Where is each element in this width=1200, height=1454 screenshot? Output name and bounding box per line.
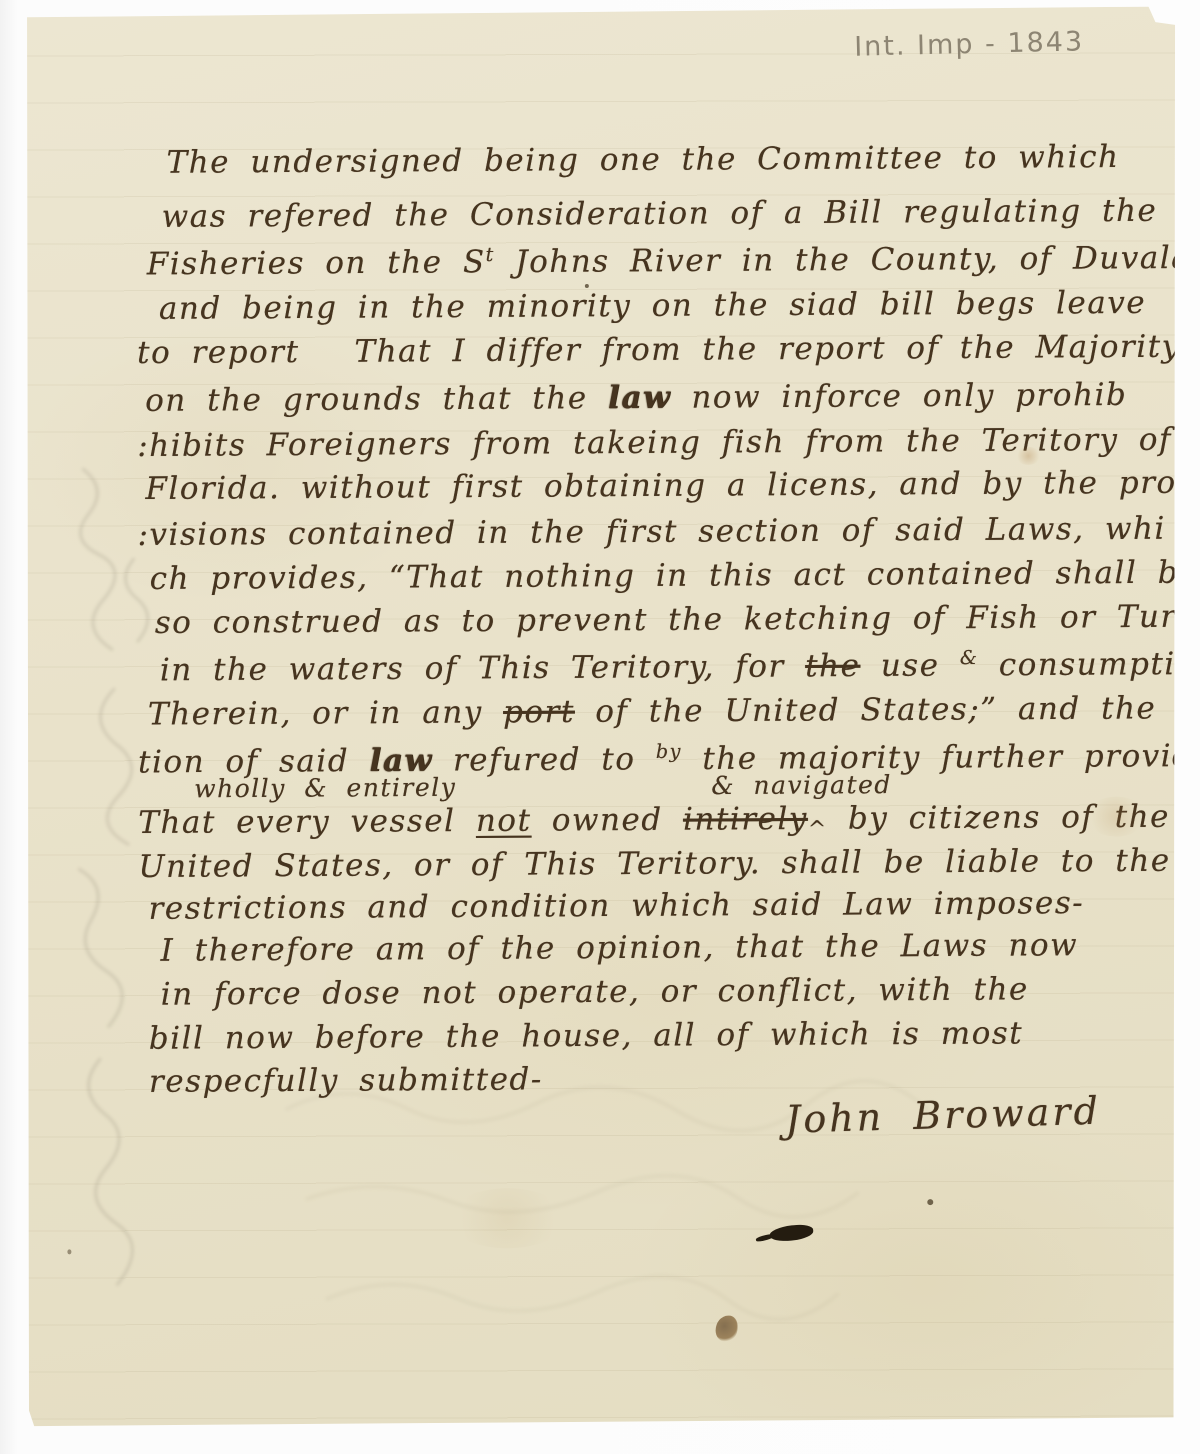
text-segment: That every vessel bbox=[138, 803, 476, 841]
text-segment: by bbox=[656, 740, 682, 763]
spacing bbox=[456, 794, 711, 796]
ink-speck bbox=[585, 284, 589, 288]
text-segment: on the grounds that the bbox=[145, 380, 608, 419]
text-segment: Therein, or in any bbox=[148, 694, 503, 732]
text-segment: ch provides, “That nothing in this act c… bbox=[150, 555, 1199, 597]
text-segment: in the waters of This Teritory, for bbox=[160, 648, 805, 688]
manuscript-line: That every vessel not owned intirely^ by… bbox=[138, 799, 1170, 846]
text-segment: to report bbox=[137, 334, 300, 371]
text-segment: :hibits Foreigners from takeing fish fro… bbox=[137, 422, 1172, 464]
ink-speck bbox=[927, 1199, 933, 1205]
text-segment: & navigated bbox=[711, 770, 892, 800]
manuscript-line: in the waters of This Teritory, for the … bbox=[160, 645, 1200, 689]
text-segment: & bbox=[960, 646, 979, 669]
text-segment: consumption bbox=[978, 646, 1200, 683]
text-segment: I therefore am of the opinion, that the … bbox=[161, 927, 1079, 969]
manuscript-line: ch provides, “That nothing in this act c… bbox=[150, 555, 1199, 597]
ink-blot bbox=[769, 1223, 814, 1243]
manuscript-line: restrictions and condition which said La… bbox=[148, 885, 1084, 927]
text-segment: ^ bbox=[808, 817, 828, 842]
text-segment: That I differ from the report of the Maj… bbox=[354, 329, 1188, 370]
manuscript-line: on the grounds that the law now inforce … bbox=[145, 377, 1127, 419]
text-segment: of the United States;” and the 5 bbox=[575, 690, 1198, 730]
text-segment: United States, or of This Teritory. shal… bbox=[138, 843, 1170, 885]
manuscript-page: Int. Imp - 1843 The undersigned being on… bbox=[24, 6, 1180, 1427]
text-segment: not bbox=[476, 803, 532, 839]
letter-body: The undersigned being one the Committee … bbox=[24, 6, 1176, 9]
text-segment: by citizens of the bbox=[827, 799, 1170, 837]
text-segment: so construed as to prevent the ketching … bbox=[155, 599, 1200, 642]
text-segment: :visions contained in the first section … bbox=[137, 511, 1166, 553]
text-segment: law bbox=[608, 380, 671, 416]
text-segment: Fisheries on the S bbox=[147, 244, 486, 282]
text-segment: was refered the Consideration of a Bill … bbox=[162, 193, 1158, 235]
manuscript-line: I therefore am of the opinion, that the … bbox=[161, 927, 1079, 969]
manuscript-line: :visions contained in the first section … bbox=[137, 511, 1166, 553]
manuscript-line: was refered the Consideration of a Bill … bbox=[162, 193, 1158, 235]
signature: John Broward bbox=[784, 1089, 1101, 1142]
text-segment: Florida. without first obtaining a licen… bbox=[145, 465, 1188, 507]
text-segment: wholly & entirely bbox=[194, 773, 456, 804]
text-segment: in force dose not operate, or conflict, … bbox=[161, 971, 1029, 1012]
manuscript-line: Fisheries on the St Johns River in the C… bbox=[147, 239, 1192, 283]
text-segment: bill now before the house, all of which … bbox=[149, 1015, 1024, 1056]
manuscript-line: and being in the minority on the siad bi… bbox=[159, 285, 1146, 327]
manuscript-line: wholly & entirely& navigated bbox=[194, 770, 892, 803]
text-segment: owned bbox=[531, 802, 683, 839]
text-segment: Johns River in the County, of Duvala bbox=[495, 240, 1192, 280]
manuscript-line: bill now before the house, all of which … bbox=[149, 1015, 1024, 1056]
manuscript-line: to reportThat I differ from the report o… bbox=[137, 329, 1188, 371]
text-segment: use bbox=[860, 647, 960, 684]
text-segment: the bbox=[805, 648, 861, 684]
text-segment: t bbox=[486, 243, 495, 266]
text-segment: now inforce only prohib bbox=[671, 377, 1127, 416]
manuscript-line: Therein, or in any port of the United St… bbox=[148, 688, 1200, 732]
manuscript-line: United States, or of This Teritory. shal… bbox=[138, 843, 1170, 885]
manuscript-line: :hibits Foreigners from takeing fish fro… bbox=[137, 422, 1172, 464]
text-segment: respecfully submitted- bbox=[149, 1061, 543, 1099]
manuscript-line: The undersigned being one the Committee … bbox=[166, 139, 1119, 181]
manuscript-line: respecfully submitted- bbox=[149, 1061, 543, 1099]
manuscript-line: Florida. without first obtaining a licen… bbox=[145, 465, 1188, 507]
text-segment: and being in the minority on the siad bi… bbox=[159, 285, 1146, 327]
text-segment: port bbox=[503, 694, 575, 730]
text-segment: restrictions and condition which said La… bbox=[148, 885, 1084, 927]
manuscript-line: so construed as to prevent the ketching … bbox=[155, 599, 1200, 642]
smudge-spot bbox=[716, 1316, 738, 1342]
text-segment: The undersigned being one the Committee … bbox=[166, 139, 1119, 181]
manuscript-line: in force dose not operate, or conflict, … bbox=[161, 971, 1029, 1012]
archival-annotation: Int. Imp - 1843 bbox=[854, 26, 1085, 62]
text-segment: intirely bbox=[683, 801, 808, 838]
scan-background: Int. Imp - 1843 The undersigned being on… bbox=[0, 0, 1200, 1454]
ink-speck bbox=[67, 1249, 71, 1254]
stain bbox=[447, 1188, 567, 1248]
